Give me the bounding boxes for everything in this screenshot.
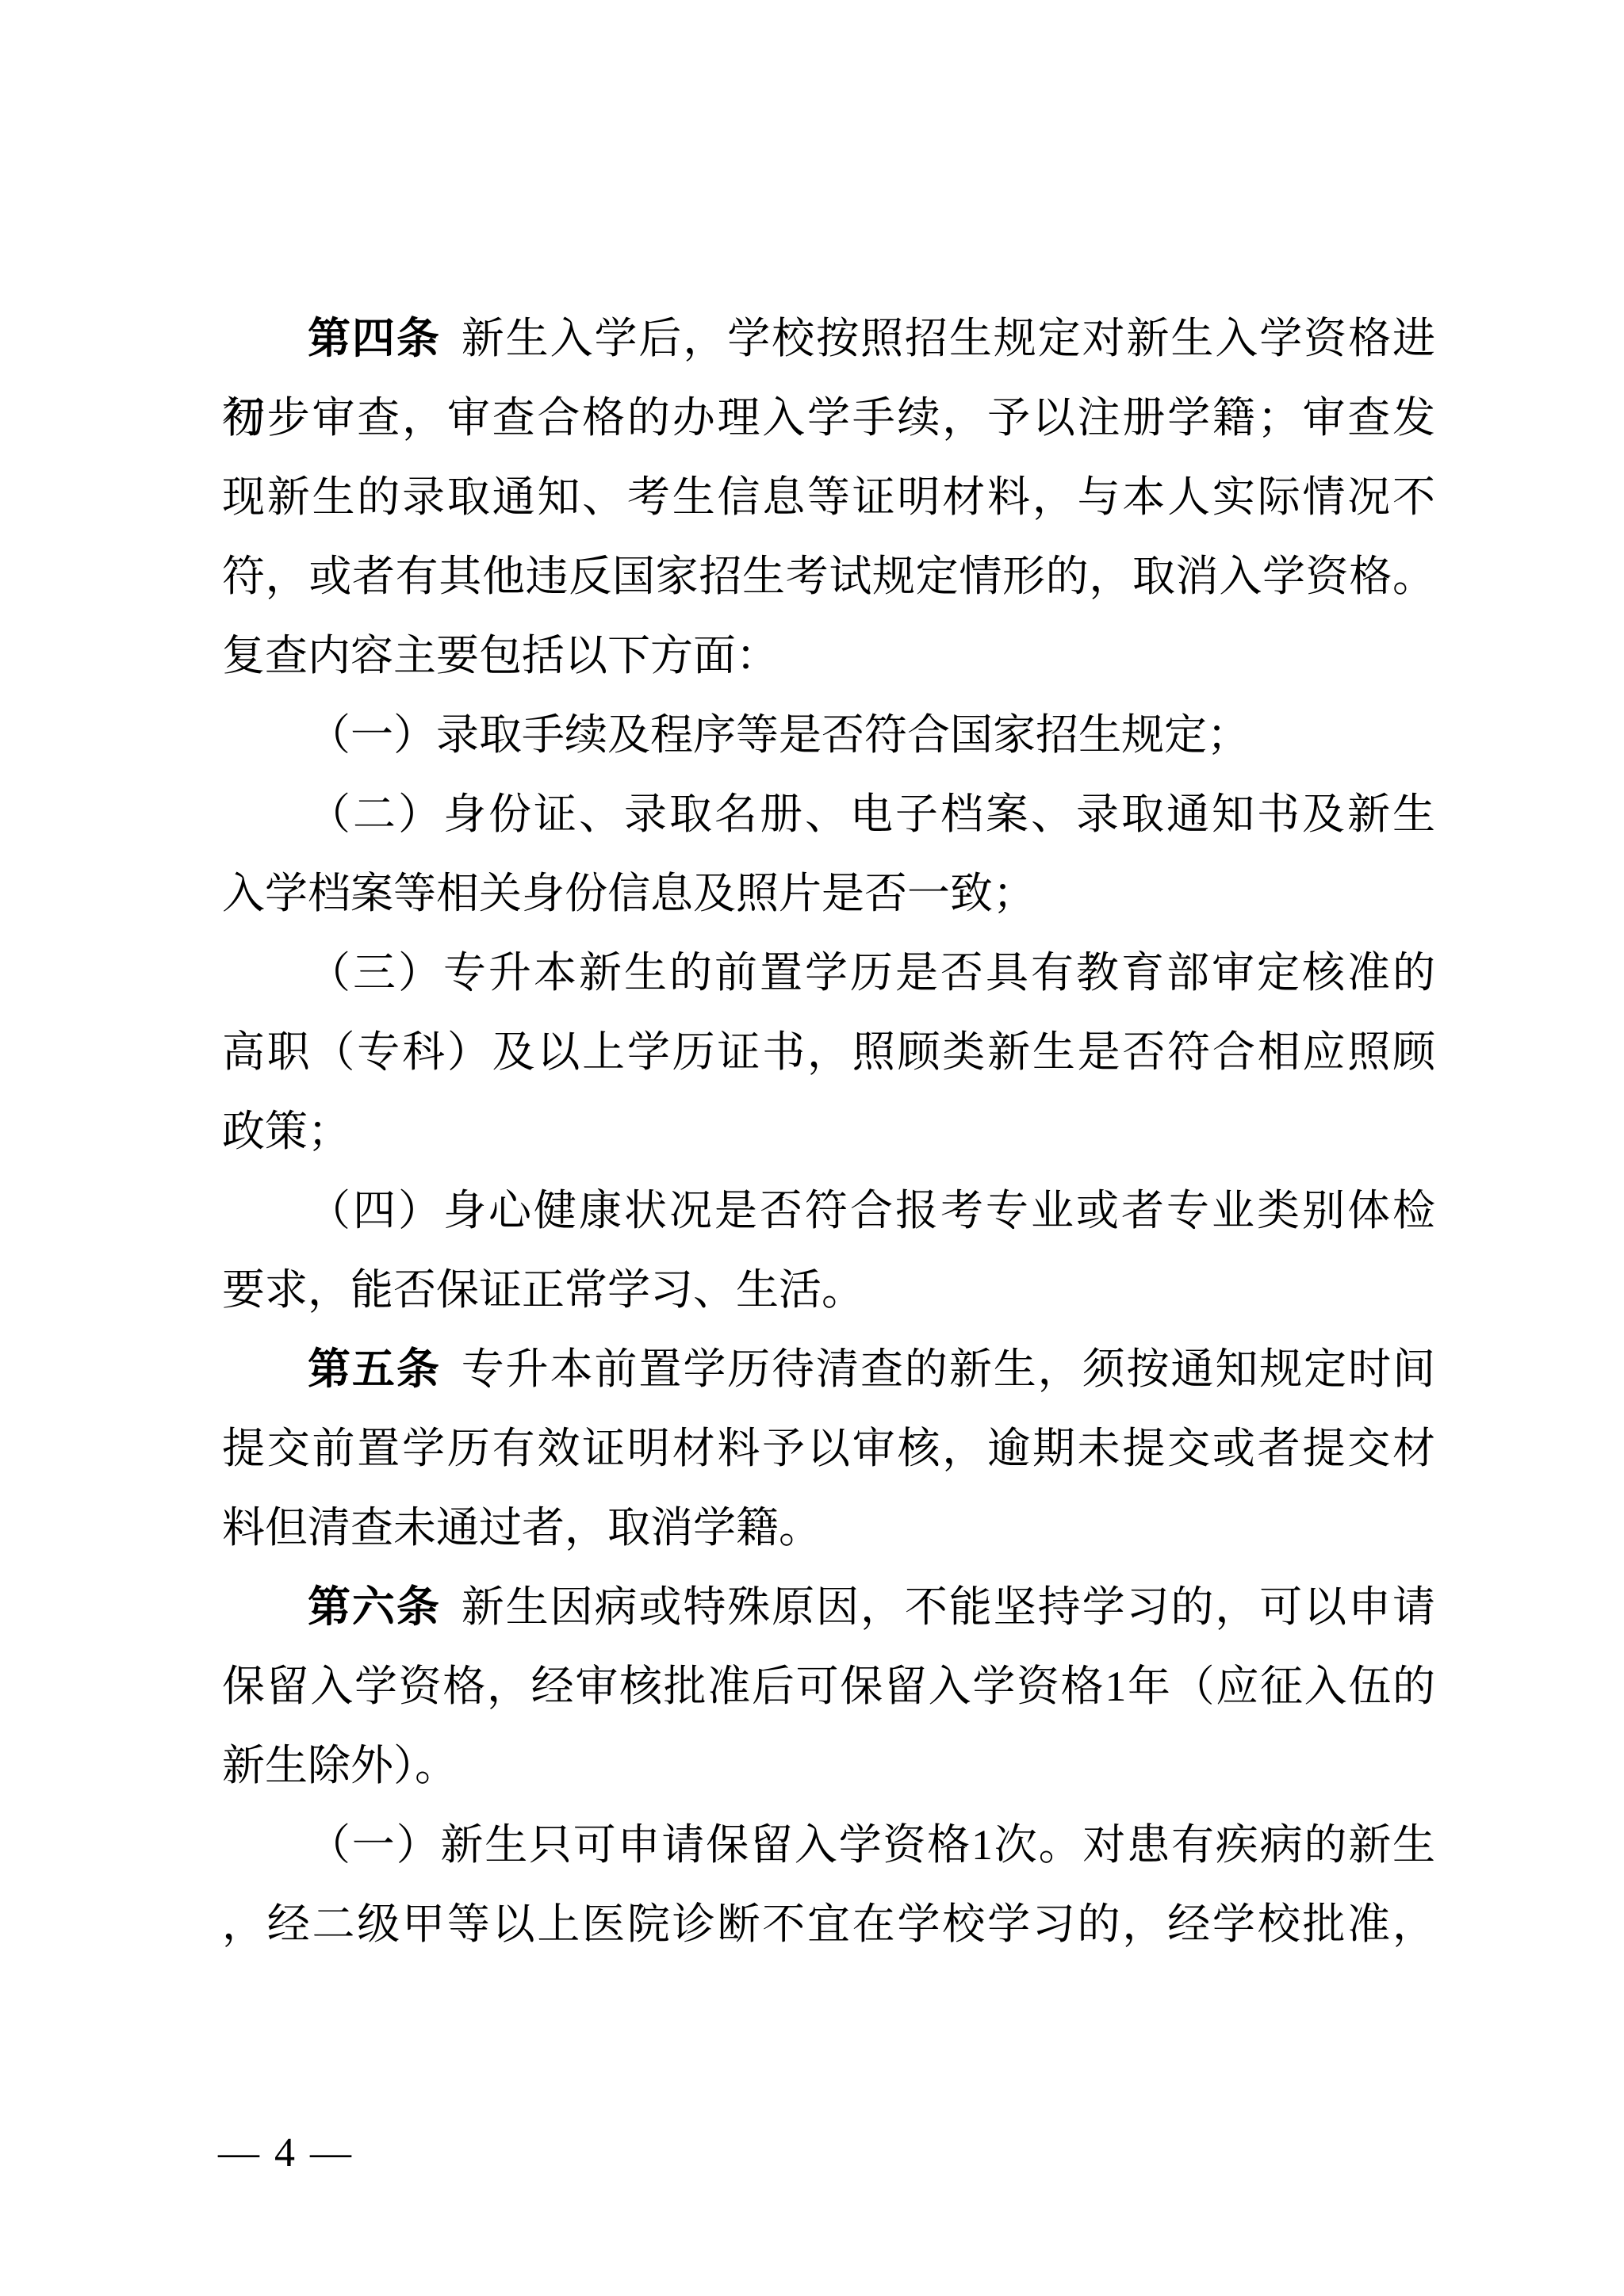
article-number: 第五条: [308, 1345, 441, 1393]
text-line: 高职（专科）及以上学历证书，照顾类新生是否符合相应照顾: [222, 1012, 1435, 1092]
text-line: 新生除外）。: [222, 1726, 1435, 1805]
text-line: 第六条新生因病或特殊原因，不能坚持学习的，可以申请: [222, 1567, 1435, 1647]
page-number-text: — 4 —: [218, 2130, 351, 2175]
text-line: （四）身心健康状况是否符合报考专业或者专业类别体检: [222, 1171, 1435, 1250]
text-line: 政策；: [222, 1092, 1435, 1171]
text-line: 初步审查，审查合格的办理入学手续，予以注册学籍；审查发: [222, 378, 1435, 457]
document-page: { "page": { "background": "#ffffff", "te…: [0, 0, 1624, 2296]
text-line: 第四条新生入学后，学校按照招生规定对新生入学资格进行: [222, 299, 1435, 378]
article-number: 第四条: [308, 315, 441, 362]
text-line: 料但清查未通过者，取消学籍。: [222, 1488, 1435, 1567]
text-line: （一）录取手续及程序等是否符合国家招生规定；: [222, 695, 1435, 775]
text-line: （三）专升本新生的前置学历是否具有教育部审定核准的: [222, 933, 1435, 1012]
text-line: 入学档案等相关身份信息及照片是否一致；: [222, 854, 1435, 933]
text-line: ，经二级甲等以上医院诊断不宜在学校学习的，经学校批准，: [222, 1885, 1435, 1964]
page-number: — 4 —: [218, 2131, 351, 2175]
text-line: 符，或者有其他违反国家招生考试规定情形的，取消入学资格。: [222, 537, 1435, 616]
text-line: 复查内容主要包括以下方面：: [222, 616, 1435, 695]
text-line: 要求，能否保证正常学习、生活。: [222, 1250, 1435, 1330]
text-line: 提交前置学历有效证明材料予以审核，逾期未提交或者提交材: [222, 1409, 1435, 1488]
document-body: 第四条新生入学后，学校按照招生规定对新生入学资格进行初步审查，审查合格的办理入学…: [222, 299, 1435, 1964]
text-line: 保留入学资格，经审核批准后可保留入学资格1年（应征入伍的: [222, 1647, 1435, 1726]
text-line: （一）新生只可申请保留入学资格1次。对患有疾病的新生: [222, 1805, 1435, 1885]
text-line: 现新生的录取通知、考生信息等证明材料，与本人实际情况不: [222, 457, 1435, 537]
text-line: （二）身份证、录取名册、电子档案、录取通知书及新生: [222, 775, 1435, 854]
article-number: 第六条: [308, 1583, 441, 1631]
text-line: 第五条专升本前置学历待清查的新生，须按通知规定时间: [222, 1330, 1435, 1409]
